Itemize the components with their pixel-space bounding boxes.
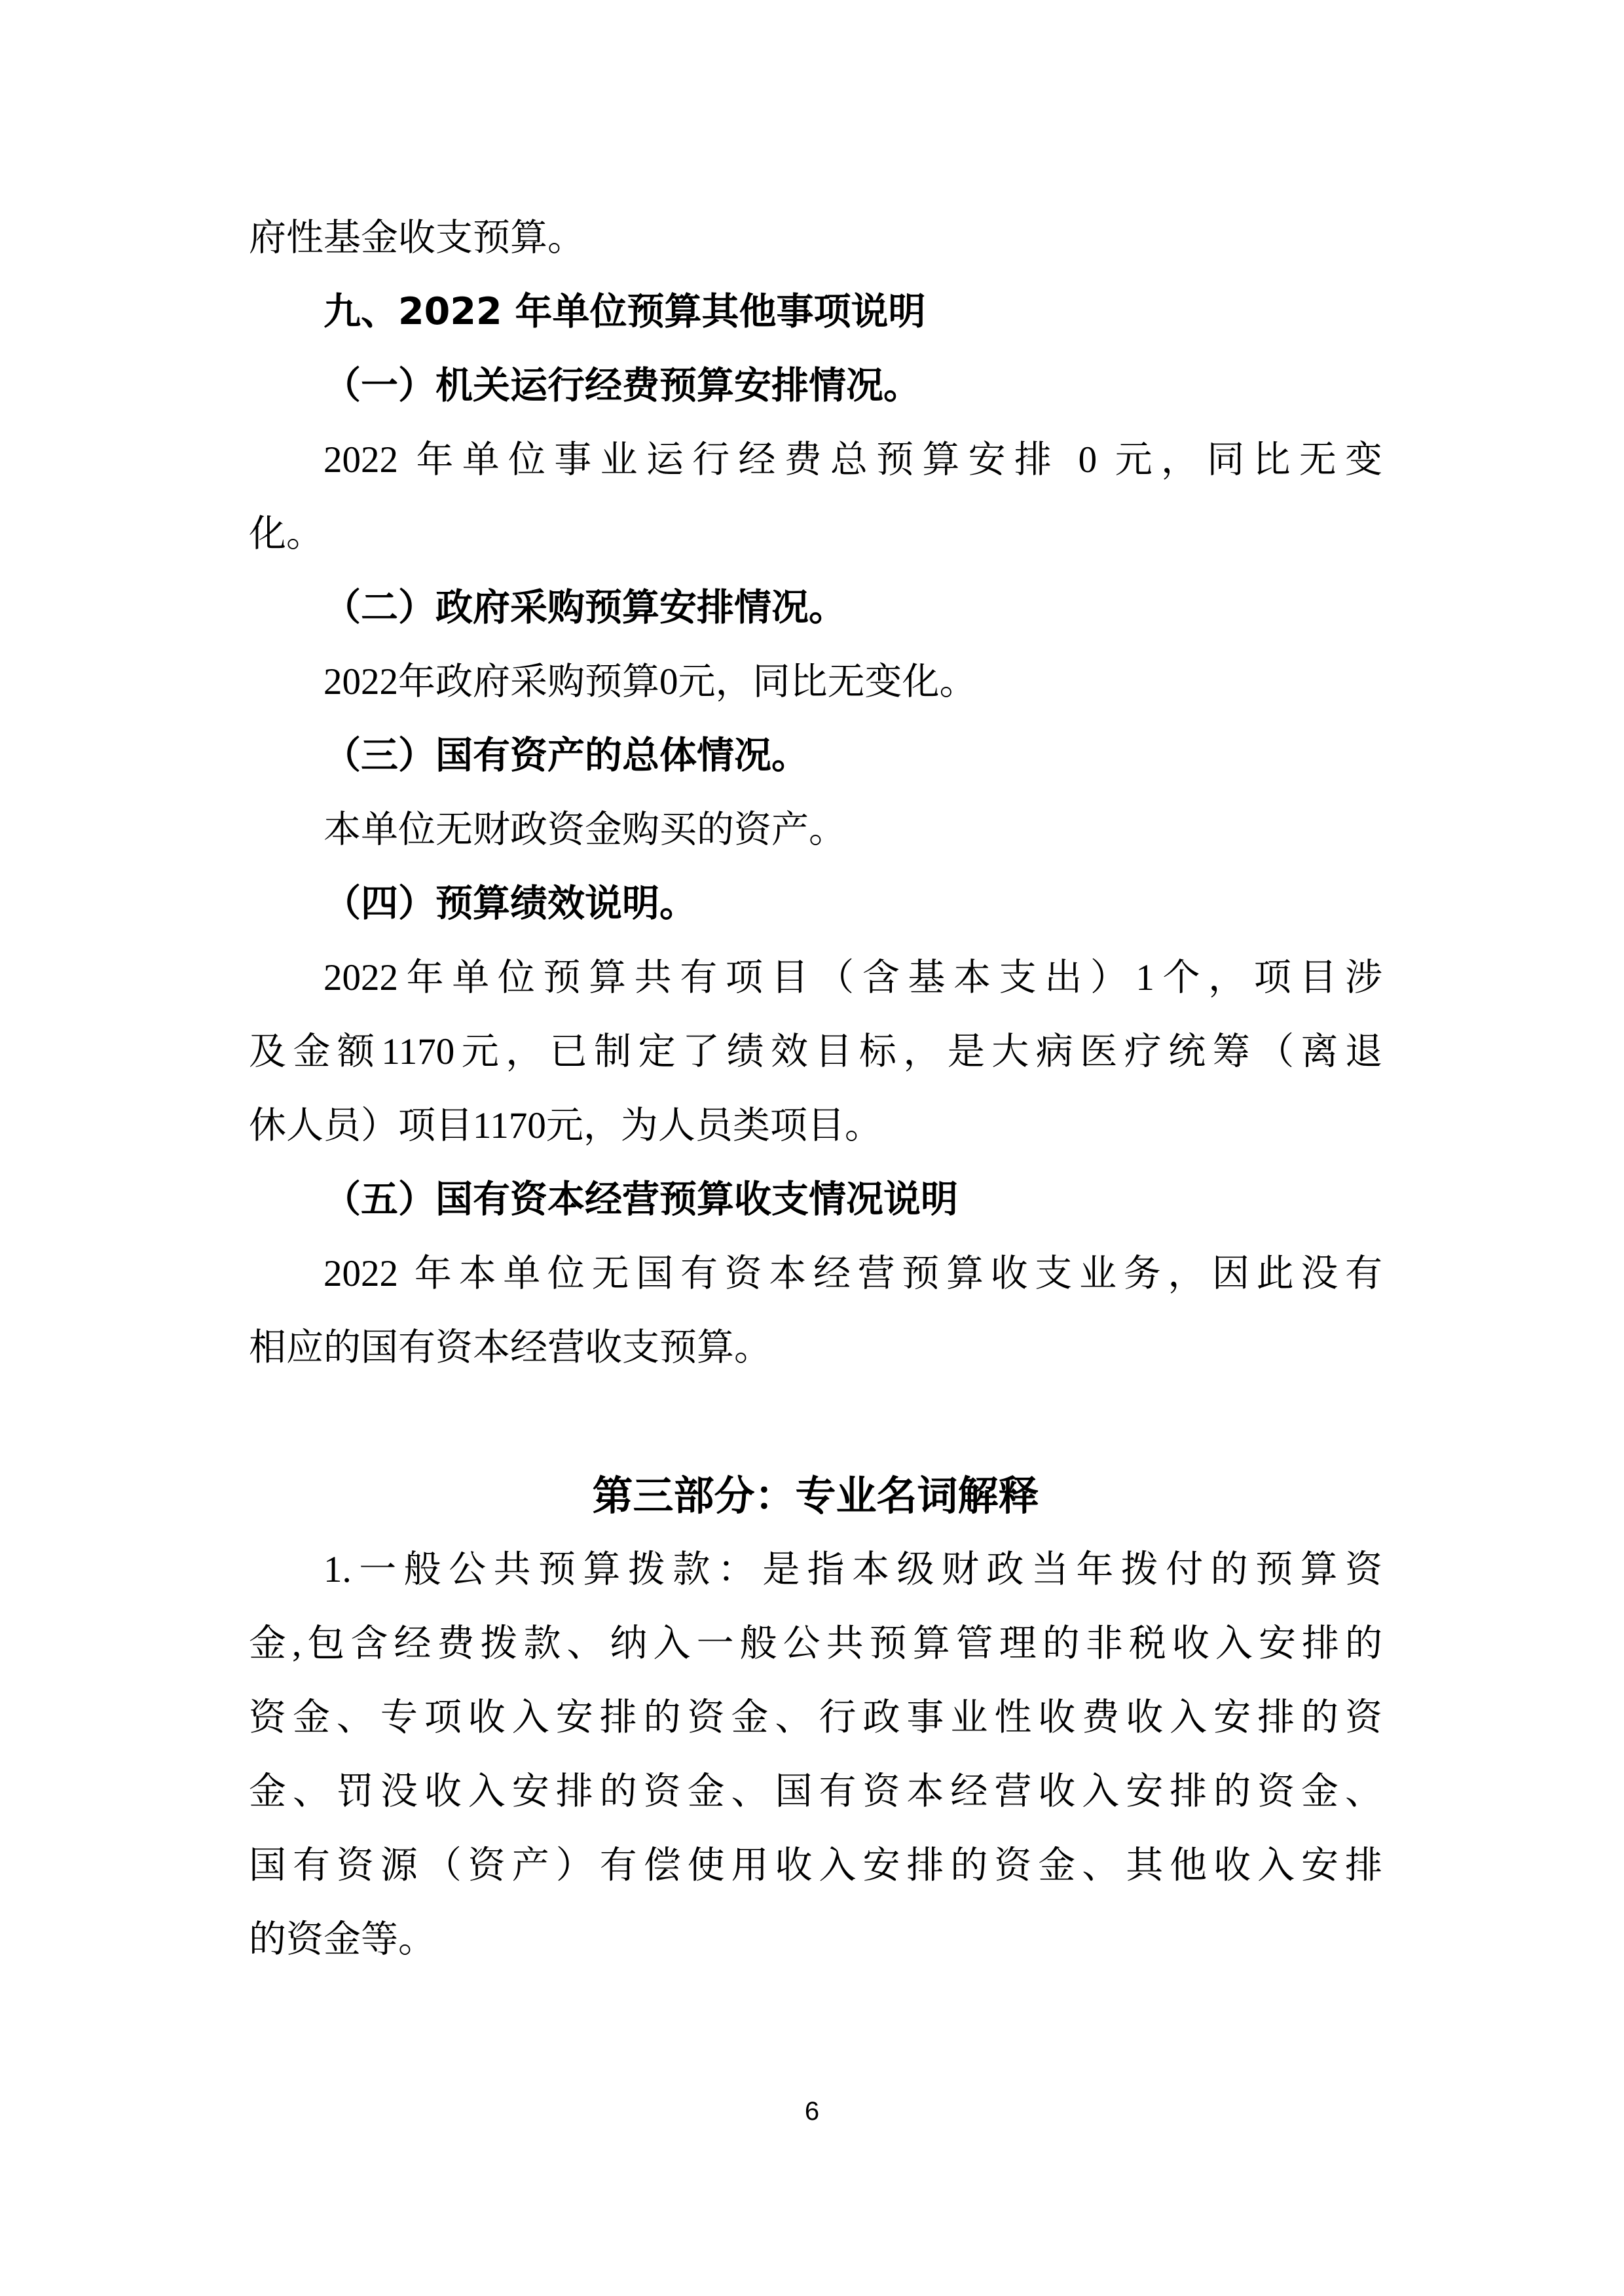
body-text-line: 休人员）项目1170元，为人员类项目。 xyxy=(249,1089,1382,1163)
section-heading: 九、2022 年单位预算其他事项说明 xyxy=(249,275,1382,349)
section-heading: （四）预算绩效说明。 xyxy=(249,867,1382,941)
body-text-line: 及金额1170元，已制定了绩效目标，是大病医疗统筹（离退 xyxy=(249,1015,1382,1089)
body-text-line: 金、罚没收入安排的资金、国有资本经营收入安排的资金、 xyxy=(249,1755,1382,1829)
body-text-line: 本单位无财政资金购买的资产。 xyxy=(249,793,1382,867)
section-heading: （二）政府采购预算安排情况。 xyxy=(249,571,1382,645)
body-text-line: 国有资源（资产）有偿使用收入安排的资金、其他收入安排 xyxy=(249,1829,1382,1903)
body-text-line: 金,包含经费拨款、纳入一般公共预算管理的非税收入安排的 xyxy=(249,1607,1382,1681)
blank-line xyxy=(249,1385,1382,1459)
body-text-line: 资金、专项收入安排的资金、行政事业性收费收入安排的资 xyxy=(249,1681,1382,1755)
body-text-line: 2022年单位预算共有项目（含基本支出）1个，项目涉 xyxy=(249,941,1382,1015)
document-page: 府性基金收支预算。九、2022 年单位预算其他事项说明（一）机关运行经费预算安排… xyxy=(0,0,1624,2296)
body-text-line: 化。 xyxy=(249,497,1382,571)
document-body: 府性基金收支预算。九、2022 年单位预算其他事项说明（一）机关运行经费预算安排… xyxy=(249,201,1382,1977)
body-text-line: 相应的国有资本经营收支预算。 xyxy=(249,1311,1382,1385)
body-text-line: 的资金等。 xyxy=(249,1903,1382,1977)
body-text-line: 1.一般公共预算拨款：是指本级财政当年拨付的预算资 xyxy=(249,1533,1382,1607)
page-number: 6 xyxy=(0,2095,1624,2128)
section-heading: （一）机关运行经费预算安排情况。 xyxy=(249,349,1382,423)
body-text-line: 2022年政府采购预算0元，同比无变化。 xyxy=(249,645,1382,719)
body-text-line: 府性基金收支预算。 xyxy=(249,201,1382,275)
body-text-line: 2022 年单位事业运行经费总预算安排 0 元，同比无变 xyxy=(249,423,1382,497)
part-heading: 第三部分：专业名词解释 xyxy=(249,1459,1382,1533)
body-text-line: 2022 年本单位无国有资本经营预算收支业务，因此没有 xyxy=(249,1237,1382,1311)
section-heading: （五）国有资本经营预算收支情况说明 xyxy=(249,1163,1382,1237)
section-heading: （三）国有资产的总体情况。 xyxy=(249,719,1382,793)
